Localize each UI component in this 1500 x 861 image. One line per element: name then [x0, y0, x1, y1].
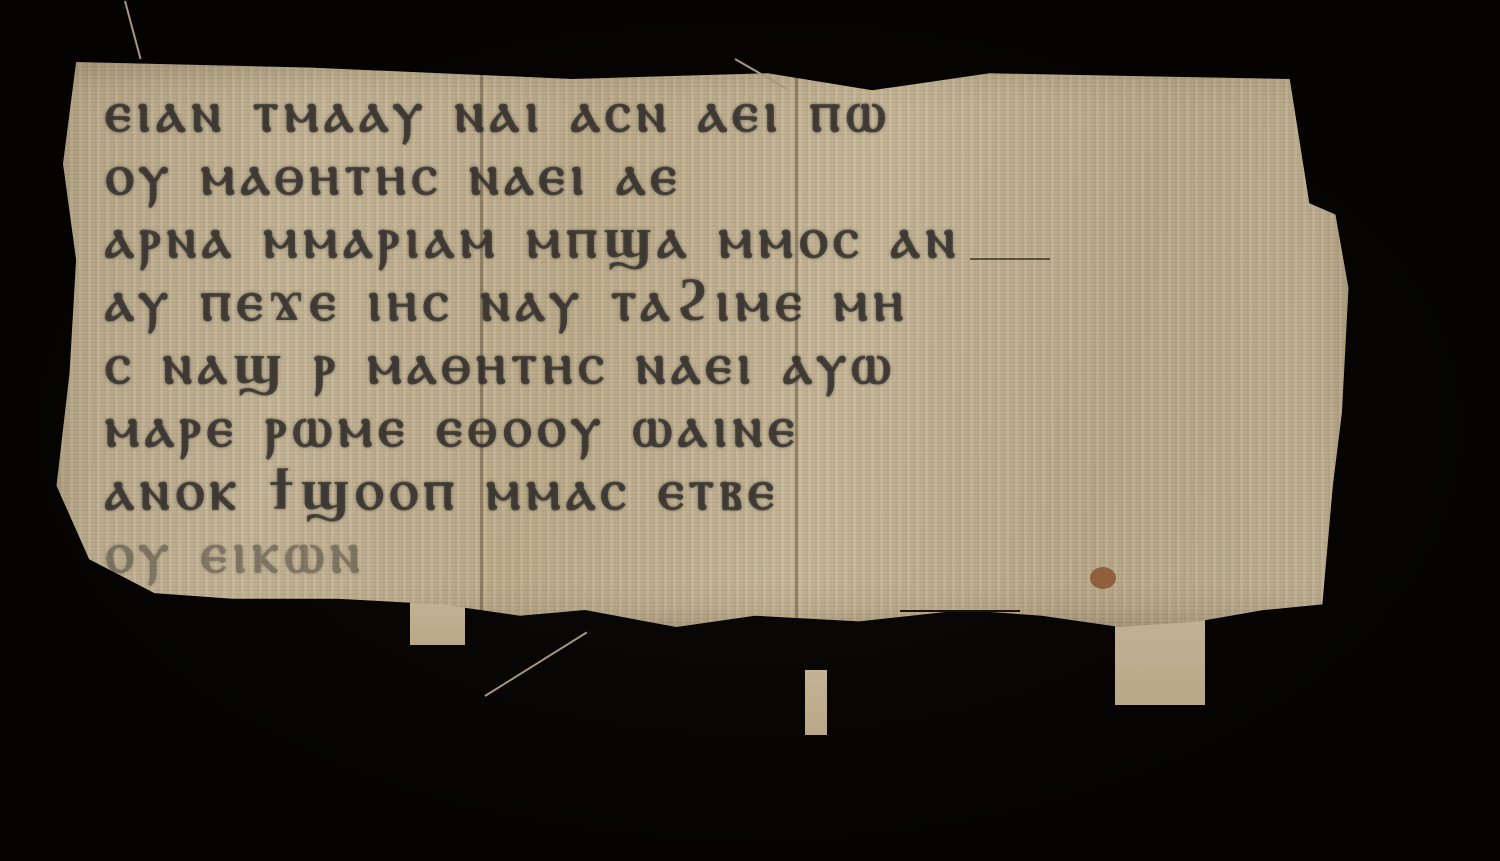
text-line-2: ⲟⲩ ⲙⲁⲑⲏⲧⲏⲥ ⲛⲁⲉⲓ ⲁⲉ	[105, 143, 1345, 206]
text-line-1: ⲉⲓⲁⲛ ⲧⲙⲁⲁⲩ ⲛⲁⲓ ⲁⲥⲛ ⲁⲉⲓ ⲡⲱ	[105, 80, 1345, 143]
papyrus-fiber-strip	[805, 670, 827, 735]
rust-stain	[1090, 567, 1116, 589]
text-line-6: ⲙⲁⲣⲉ ⲣⲱⲙⲉ ⲉⲑⲟⲟⲩ ⲱⲁⲓⲛⲉ	[105, 395, 1345, 458]
text-line-8: ⲟⲩ ⲉⲓⲕⲱⲛ	[105, 521, 1345, 584]
text-line-3: ⲁⲣⲛⲁ ⲙⲙⲁⲣⲓⲁⲙ ⲙⲡϣⲁ ⲙⲙⲟⲥ ⲁⲛ	[105, 206, 1345, 269]
text-line-7: ⲁⲛⲟⲕ ϯϣⲟⲟⲡ ⲙⲙⲁⲥ ⲉⲧⲃⲉ	[105, 458, 1345, 521]
crack	[970, 258, 1050, 260]
text-line-4: ⲁⲩ ⲡⲉϫⲉ ⲓⲏⲥ ⲛⲁⲩ ⲧⲁϩⲓⲙⲉ ⲙⲏ	[105, 269, 1345, 332]
text-line-5: ⲥ ⲛⲁϣ ⲣ ⲙⲁⲑⲏⲧⲏⲥ ⲛⲁⲉⲓ ⲁⲩⲱ	[105, 332, 1345, 395]
coptic-text-block: ⲉⲓⲁⲛ ⲧⲙⲁⲁⲩ ⲛⲁⲓ ⲁⲥⲛ ⲁⲉⲓ ⲡⲱ ⲟⲩ ⲙⲁⲑⲏⲧⲏⲥ ⲛⲁⲉ…	[105, 80, 1345, 584]
crack	[900, 610, 1020, 612]
